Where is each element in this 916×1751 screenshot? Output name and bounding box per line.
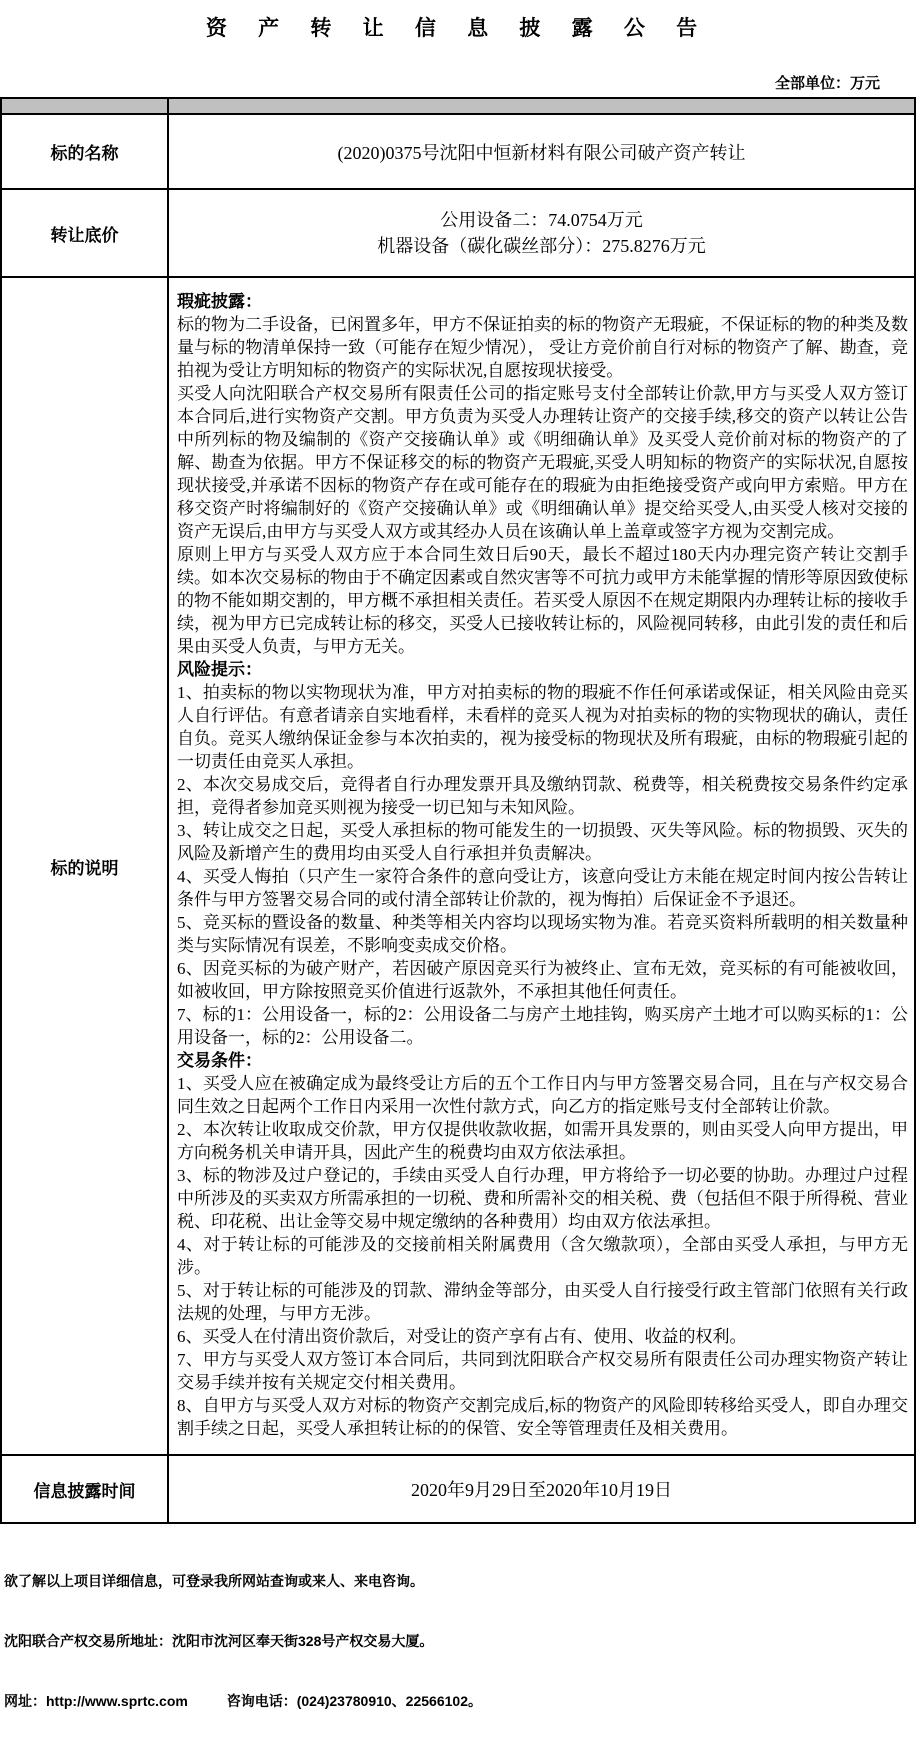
subject-name-label: 标的名称	[1, 114, 168, 189]
base-price-label: 转让底价	[1, 189, 168, 277]
row-subject-name: 标的名称 (2020)0375号沈阳中恒新材料有限公司破产资产转让	[1, 114, 915, 189]
subject-description-value: 瑕疵披露： 标的物为二手设备，已闲置多年，甲方不保证拍卖的标的物资产无瑕疵，不保…	[168, 277, 915, 1455]
row-disclosure-period: 信息披露时间 2020年9月29日至2020年10月19日	[1, 1455, 915, 1523]
row-subject-description: 标的说明 瑕疵披露： 标的物为二手设备，已闲置多年，甲方不保证拍卖的标的物资产无…	[1, 277, 915, 1455]
disclosure-period-label: 信息披露时间	[1, 1455, 168, 1523]
description-paragraph: 3、标的物涉及过户登记的，手续由买受人自行办理，甲方将给予一切必要的协助。办理过…	[177, 1164, 908, 1233]
announcement-table: 标的名称 (2020)0375号沈阳中恒新材料有限公司破产资产转让 转让底价 公…	[0, 97, 916, 1524]
footer-line-consult: 欲了解以上项目详细信息，可登录我所网站查询或来人、来电咨询。	[4, 1571, 916, 1591]
description-paragraph: 标的物为二手设备，已闲置多年，甲方不保证拍卖的标的物资产无瑕疵，不保证标的物的种…	[177, 313, 908, 382]
table-header-row	[1, 98, 915, 114]
disclosure-period-value: 2020年9月29日至2020年10月19日	[168, 1455, 915, 1523]
header-cell-value-column	[168, 98, 915, 114]
description-paragraph: 4、买受人悔拍（只产生一家符合条件的意向受让方，该意向受让方未能在规定时间内按公…	[177, 865, 908, 911]
subject-name-value: (2020)0375号沈阳中恒新材料有限公司破产资产转让	[168, 114, 915, 189]
description-paragraph: 1、买受人应在被确定成为最终受让方后的五个工作日内与甲方签署交易合同，且在与产权…	[177, 1072, 908, 1118]
base-price-line-2: 机器设备（碳化碳丝部分）：275.8276万元	[177, 233, 906, 259]
row-base-price: 转让底价 公用设备二：74.0754万元 机器设备（碳化碳丝部分）：275.82…	[1, 189, 915, 277]
footer-line-website-phone: 网址：http://www.sprtc.com 咨询电话：(024)237809…	[4, 1691, 916, 1711]
header-cell-label-column	[1, 98, 168, 114]
description-paragraph: 5、竞买标的暨设备的数量、种类等相关内容均以现场实物为准。若竞买资料所载明的相关…	[177, 911, 908, 957]
description-paragraph: 5、对于转让标的可能涉及的罚款、滞纳金等部分，由买受人自行接受行政主管部门依照有…	[177, 1279, 908, 1325]
description-paragraph: 6、因竞买标的为破产财产，若因破产原因竞买行为被终止、宣布无效，竞买标的有可能被…	[177, 957, 908, 1003]
section-heading-risk-notice: 风险提示：	[177, 658, 908, 681]
description-paragraph: 3、转让成交之日起，买受人承担标的物可能发生的一切损毁、灭失等风险。标的物损毁、…	[177, 819, 908, 865]
footer: 欲了解以上项目详细信息，可登录我所网站查询或来人、来电咨询。 沈阳联合产权交易所…	[0, 1524, 916, 1751]
description-paragraph: 1、拍卖标的物以实物现状为准，甲方对拍卖标的物的瑕疵不作任何承诺或保证，相关风险…	[177, 681, 908, 773]
footer-line-address: 沈阳联合产权交易所地址：沈阳市沈河区奉天街328号产权交易大厦。	[4, 1631, 916, 1651]
description-paragraph: 4、对于转让标的可能涉及的交接前相关附属费用（含欠缴款项），全部由买受人承担，与…	[177, 1233, 908, 1279]
announcement-page: 资 产 转 让 信 息 披 露 公 告 全部单位：万元 标的名称 (2020)0…	[0, 0, 916, 1751]
base-price-line-1: 公用设备二：74.0754万元	[177, 207, 906, 233]
subject-description-label: 标的说明	[1, 277, 168, 1455]
page-title: 资 产 转 让 信 息 披 露 公 告	[0, 0, 916, 42]
description-paragraph: 7、标的1：公用设备一，标的2：公用设备二与房产土地挂钩，购买房产土地才可以购买…	[177, 1003, 908, 1049]
section-heading-defect-disclosure: 瑕疵披露：	[177, 290, 908, 313]
base-price-value: 公用设备二：74.0754万元 机器设备（碳化碳丝部分）：275.8276万元	[168, 189, 915, 277]
section-heading-trade-conditions: 交易条件：	[177, 1049, 908, 1072]
description-paragraph: 买受人向沈阳联合产权交易所有限责任公司的指定账号支付全部转让价款,甲方与买受人双…	[177, 382, 908, 543]
description-paragraph: 2、本次转让收取成交价款，甲方仅提供收款收据，如需开具发票的，则由买受人向甲方提…	[177, 1118, 908, 1164]
description-paragraph: 2、本次交易成交后，竞得者自行办理发票开具及缴纳罚款、税费等，相关税费按交易条件…	[177, 773, 908, 819]
description-paragraph: 8、自甲方与买受人双方对标的物资产交割完成后,标的物资产的风险即转移给买受人，即…	[177, 1394, 908, 1440]
unit-note: 全部单位：万元	[0, 42, 916, 97]
description-paragraph: 6、买受人在付清出资价款后，对受让的资产享有占有、使用、收益的权利。	[177, 1325, 908, 1348]
description-paragraph: 7、甲方与买受人双方签订本合同后，共同到沈阳联合产权交易所有限责任公司办理实物资…	[177, 1348, 908, 1394]
description-paragraph: 原则上甲方与买受人双方应于本合同生效日后90天，最长不超过180天内办理完资产转…	[177, 543, 908, 658]
